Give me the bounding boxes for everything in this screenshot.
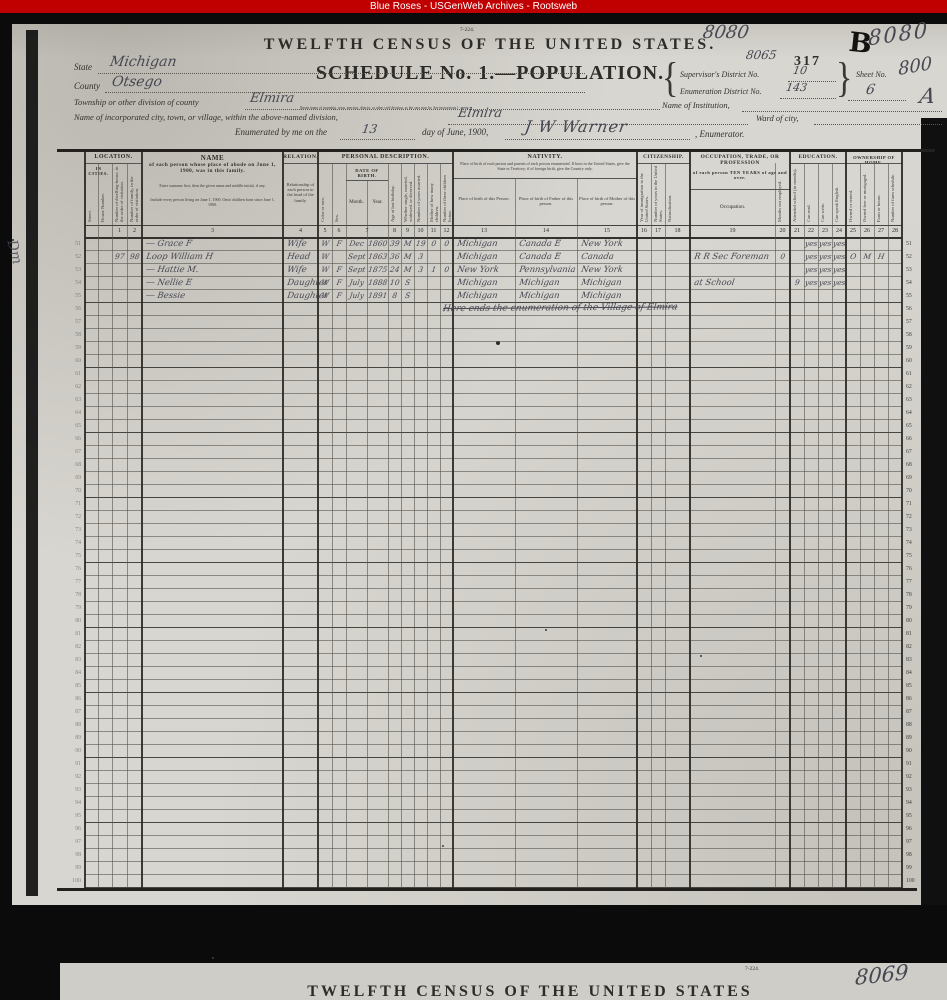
cell-occupation: at School [693,278,776,290]
state-label: State [74,62,92,72]
cell-pob-mother: Canada [580,252,638,264]
cell-month: Dec [345,239,368,251]
column-number: 16 [637,228,651,234]
cell-name: Loop William H [145,252,284,264]
grid-column-major [84,152,86,888]
family-col-label: Number of family, in the order of visita… [129,166,140,222]
line-number-left: 87 [57,709,81,715]
line-number-right: 56 [906,306,926,312]
sex-col-label: Sex. [334,166,344,222]
signature-line [505,138,690,140]
nativity-title: NATIVITY. [453,154,637,160]
column-number: 23 [818,228,832,234]
grid-column-minor [860,163,861,888]
column-number: 12 [440,228,453,234]
line-number-right: 59 [906,345,926,351]
line-number-left: 76 [57,566,81,572]
cell-pob-mother: New York [580,265,638,277]
cell-relation: Daughter [286,291,319,303]
education-title: EDUCATION. [790,154,846,160]
line-number-left: 73 [57,527,81,533]
cell-family: 98 [126,252,143,264]
citizenship-title: CITIZENSHIP. [637,154,690,160]
column-number: 11 [427,228,440,234]
cell-occupation: R R Sec Foreman [693,252,776,264]
line-number-left: 80 [57,618,81,624]
farm-no-col-label: Number of farm schedule. [890,166,900,222]
line-number-left: 62 [57,384,81,390]
column-number: 3 [142,228,283,234]
cell-pob-mother: New York [580,239,638,251]
rule [283,163,318,164]
line-number-right: 84 [906,670,926,676]
state-value: Michigan [109,54,178,70]
line-number-left: 79 [57,605,81,611]
personal-title: PERSONAL DESCRIPTION. [318,154,453,160]
line-number-right: 70 [906,488,926,494]
line-number-left: 96 [57,826,81,832]
line-number-left: 55 [57,293,81,299]
age-col-label: Age at last birthday. [390,166,399,222]
cell-relation: Daughter [286,278,319,290]
line-number-right: 79 [906,605,926,611]
grid-column-minor [665,163,666,888]
column-number: 27 [874,228,888,234]
table-bottom-border [57,888,917,891]
ed-line [780,97,836,99]
cell-farm-house: H [873,252,889,264]
line-number-right: 52 [906,254,926,260]
enumerated-mid: day of June, 1900, [422,127,488,137]
rule [637,163,690,164]
line-number-left: 97 [57,839,81,845]
column-number: 14 [515,228,577,234]
right-brace: } [836,55,852,103]
line-number-right: 72 [906,514,926,520]
line-number-right: 55 [906,293,926,299]
cell-name: ― Grace F [145,239,284,251]
line-number-left: 92 [57,774,81,780]
line-number-right: 93 [906,787,926,793]
cell-pob-mother: Michigan [580,291,638,303]
line-number-right: 82 [906,644,926,650]
line-number-right: 76 [906,566,926,572]
line-number-left: 66 [57,436,81,442]
watermark-text: Blue Roses - USGenWeb Archives - Rootswe… [370,1,577,12]
grid-column-major [452,152,454,888]
line-number-left: 54 [57,280,81,286]
line-number-left: 70 [57,488,81,494]
cell-english: yes [831,239,847,251]
color-col-label: Color or race. [320,166,330,222]
house-col-label: House Number. [100,176,110,222]
line-number-right: 62 [906,384,926,390]
township-label: Township or other division of county [74,97,199,107]
line-number-right: 91 [906,761,926,767]
line-number-right: 92 [906,774,926,780]
cell-year: 1875 [366,265,389,277]
cell-pob-father: Michigan [518,291,578,303]
line-number-left: 99 [57,865,81,871]
column-number: 7 [346,228,388,234]
handwritten-8069: 8069 [855,963,909,990]
grid-column-major [689,152,691,888]
sheet-label: Sheet No. [856,70,887,79]
column-number: 2 [127,228,142,234]
months-unemployed-col-label: Months not employed. [777,166,788,222]
location-title: LOCATION. [85,154,142,160]
row-grid [85,238,902,888]
line-number-left: 60 [57,358,81,364]
line-number-left: 91 [57,761,81,767]
column-number: 18 [665,228,690,234]
cell-pob: New York [456,265,516,277]
line-number-left: 72 [57,514,81,520]
column-number: 20 [775,228,790,234]
cell-pob: Michigan [456,278,516,290]
column-number: 17 [651,228,665,234]
cell-month: Sept [345,252,368,264]
line-number-right: 97 [906,839,926,845]
enumerator-signature: J W Warner [523,117,629,136]
line-number-left: 75 [57,553,81,559]
line-number-left: 93 [57,787,81,793]
years-married-col-label: Number of years married. [416,166,425,222]
cell-pob: Michigan [456,239,516,251]
cell-pob: Michigan [456,291,516,303]
line-number-left: 77 [57,579,81,585]
cell-pob-father: Pennsylvania [518,265,578,277]
census-scan-screen: Blue Roses - USGenWeb Archives - Rootswe… [0,0,947,1000]
county-label: County [74,81,100,91]
column-number: 24 [832,228,846,234]
line-number-left: 83 [57,657,81,663]
cell-month: Sept [345,265,368,277]
ward-line [814,123,942,125]
line-number-left: 78 [57,592,81,598]
form-number: 7-224. [460,27,474,33]
cell-name: ― Nellie E [145,278,284,290]
column-number: 1 [112,228,127,234]
line-number-left: 52 [57,254,81,260]
line-number-right: 77 [906,579,926,585]
line-number-right: 74 [906,540,926,546]
line-number-right: 88 [906,722,926,728]
column-number: 5 [318,228,332,234]
name-note1: Enter surname first, then the given name… [150,184,275,189]
line-number-left: 94 [57,800,81,806]
line-number-right: 83 [906,657,926,663]
mother-of-col-label: Mother of how many children. [429,166,438,222]
column-number: 21 [790,228,804,234]
sheet-line [848,99,906,101]
years-us-col-label: Number of years in the United States. [653,166,663,222]
column-number: 6 [332,228,346,234]
line-number-left: 88 [57,722,81,728]
line-number-right: 73 [906,527,926,533]
line-number-right: 63 [906,397,926,403]
line-number-left: 71 [57,501,81,507]
next-page-fragment: 7-224. TWELFTH CENSUS OF THE UNITED STAT… [60,963,947,1000]
write-col-label: Can write. [820,166,830,222]
township-line [245,108,660,110]
line-number-right: 53 [906,267,926,273]
state-line [98,72,585,74]
line-number-left: 82 [57,644,81,650]
mortgage-col-label: Owned free or mortgaged. [862,166,872,222]
name-note2: Include every person living on June 1, 1… [150,198,275,207]
cell-children-living: 0 [439,239,454,251]
city-label: Name of incorporated city, town, or vill… [74,112,338,122]
line-number-left: 51 [57,241,81,247]
line-number-right: 75 [906,553,926,559]
cell-name: ― Hattie M. [145,265,284,277]
farm-house-col-label: Farm or house. [876,166,886,222]
cell-months-unemployed: 0 [774,252,791,264]
line-number-left: 65 [57,423,81,429]
line-number-right: 64 [906,410,926,416]
line-number-left: 81 [57,631,81,637]
line-number-left: 85 [57,683,81,689]
name-sub: of each person whose place of abode on J… [148,162,277,174]
scan-specks [12,239,14,241]
column-number: 4 [283,228,318,234]
day-line [340,138,415,140]
line-number-right: 71 [906,501,926,507]
line-number-right: 58 [906,332,926,338]
line-number-right: 87 [906,709,926,715]
line-number-right: 54 [906,280,926,286]
cell-year: 1863 [366,252,389,264]
grid-column-minor [98,163,99,888]
left-page-fold-shadow [26,30,38,896]
grid-column-minor [515,178,516,888]
census-title-2: TWELFTH CENSUS OF THE UNITED STATES [220,983,840,1000]
pob-father-col-label: Place of birth of Father of this person. [517,196,575,206]
handwritten-8065: 8065 [745,48,778,62]
cell-year: 1888 [366,278,389,290]
street-col-label: Street. [87,176,96,222]
rule [85,163,142,164]
grid-column-minor [874,163,875,888]
institution-label: Name of Institution, [662,100,730,110]
county-line [105,91,585,93]
column-number: 10 [414,228,427,234]
column-number: 13 [453,228,515,234]
table-top-border [57,149,935,152]
line-number-right: 95 [906,813,926,819]
ward-label: Ward of city, [756,113,799,123]
relation-sub: Relationship of each person to the head … [285,182,316,203]
line-number-left: 89 [57,735,81,741]
nativity-note: Place of birth of each person and parent… [457,162,633,171]
imm-year-col-label: Year of immigration to the United States… [639,166,649,222]
column-number: 15 [577,228,637,234]
header-numbers-rule [85,225,902,226]
column-number: 28 [888,228,902,234]
school-col-label: Attended school (in months). [792,166,802,222]
owned-col-label: Owned or rented. [848,166,858,222]
marital-col-label: Whether single, married, widowed, or div… [403,166,412,222]
stamp-317: 317 [794,54,821,70]
line-number-right: 85 [906,683,926,689]
county-value: Otsego [111,74,164,90]
line-number-right: 78 [906,592,926,598]
line-number-left: 67 [57,449,81,455]
line-number-right: 69 [906,475,926,481]
line-number-right: 99 [906,865,926,871]
rule [453,178,637,179]
form-number-2: 7-224. [745,966,759,972]
line-number-right: 94 [906,800,926,806]
line-number-left: 64 [57,410,81,416]
column-number: 25 [846,228,860,234]
cell-pob-mother: Michigan [580,278,638,290]
enumerated-day: 13 [361,122,378,136]
line-number-right: 98 [906,852,926,858]
grid-column-minor [775,163,776,888]
cell-year: 1891 [366,291,389,303]
line-number-right: 80 [906,618,926,624]
english-col-label: Can speak English. [834,166,844,222]
dob-title: DATE OF BIRTH. [346,168,388,178]
year-col-label: Year. [367,200,388,205]
line-number-left: 86 [57,696,81,702]
institution-line [742,110,942,112]
pob-mother-col-label: Place of birth of Mother of this person. [579,196,635,206]
grid-column-major [901,152,903,888]
line-number-left: 56 [57,306,81,312]
column-number: 8 [388,228,401,234]
grid-column-minor [112,163,113,888]
cell-years-married: 3 [413,252,428,264]
children-living-col-label: Number of these children living. [442,166,451,222]
cell-relation: Wife [286,265,319,277]
grid-column-minor [888,163,889,888]
grid-column-minor [127,163,128,888]
grid-column-minor [577,178,578,888]
cell-children-living: 0 [439,265,454,277]
cell-color: W [317,252,333,264]
line-number-left: 98 [57,852,81,858]
cell-relation: Head [286,252,319,264]
line-number-right: 89 [906,735,926,741]
line-number-left: 58 [57,332,81,338]
line-number-left: 68 [57,462,81,468]
enumeration-district-value: 143 [785,81,808,94]
cell-marital: S [400,291,415,303]
line-number-left: 61 [57,371,81,377]
cell-english: yes [831,278,847,290]
enumerated-prefix: Enumerated by me on the [235,127,327,137]
watermark-banner: Blue Roses - USGenWeb Archives - Rootswe… [0,0,947,13]
line-number-left: 69 [57,475,81,481]
enumeration-district-label: Enumeration District No. [680,87,762,96]
relation-title: RELATION. [283,154,318,160]
line-number-right: 90 [906,748,926,754]
naturalization-col-label: Naturalization. [667,166,677,222]
cell-english: yes [831,265,847,277]
line-number-right: 61 [906,371,926,377]
line-number-right: 68 [906,462,926,468]
supervisors-district-label: Supervisor's District No. [680,70,759,79]
line-number-right: 81 [906,631,926,637]
line-number-right: 57 [906,319,926,325]
handwritten-8080: 8080 [701,22,750,43]
line-number-right: 60 [906,358,926,364]
cell-relation: Wife [286,239,319,251]
cell-month: July [345,291,368,303]
cell-pob-father: Canada E [518,252,578,264]
line-number-left: 59 [57,345,81,351]
line-number-right: 66 [906,436,926,442]
cell-pob: Michigan [456,252,516,264]
line-number-right: 51 [906,241,926,247]
column-number: 22 [804,228,818,234]
line-number-left: 95 [57,813,81,819]
column-number: 26 [860,228,874,234]
grid-column-minor [651,163,652,888]
column-number: 19 [690,228,775,234]
township-value: Elmira [249,91,295,106]
cell-month: July [345,278,368,290]
line-number-left: 90 [57,748,81,754]
cell-name: ― Bessie [145,291,284,303]
cell-pob-father: Canada E [518,239,578,251]
name-title: NAME [142,154,283,162]
line-number-right: 96 [906,826,926,832]
line-number-right: 65 [906,423,926,429]
occupation-sub: of each person TEN YEARS of age and over… [692,170,788,180]
cell-pob-father: Michigan [518,278,578,290]
occupation-col-label: Occupation. [690,204,775,210]
line-number-left: 100 [57,878,81,884]
read-col-label: Can read. [806,166,816,222]
column-number: 9 [401,228,414,234]
line-number-left: 53 [57,267,81,273]
city-value: Elmira [457,106,503,121]
dwelling-col-label: Number of dwelling-house, in the order o… [114,166,125,222]
enumerator-suffix: , Enumerator. [695,129,744,139]
cell-year: 1860 [366,239,389,251]
month-col-label: Month. [346,200,367,205]
rule [318,163,453,164]
line-number-left: 74 [57,540,81,546]
line-number-left: 63 [57,397,81,403]
line-number-left: 57 [57,319,81,325]
cell-marital: S [400,278,415,290]
line-number-right: 100 [906,878,926,884]
line-number-left: 84 [57,670,81,676]
pob-col-label: Place of birth of this Person. [455,196,513,201]
line-number-right: 86 [906,696,926,702]
line-number-right: 67 [906,449,926,455]
left-brace: { [662,55,678,103]
